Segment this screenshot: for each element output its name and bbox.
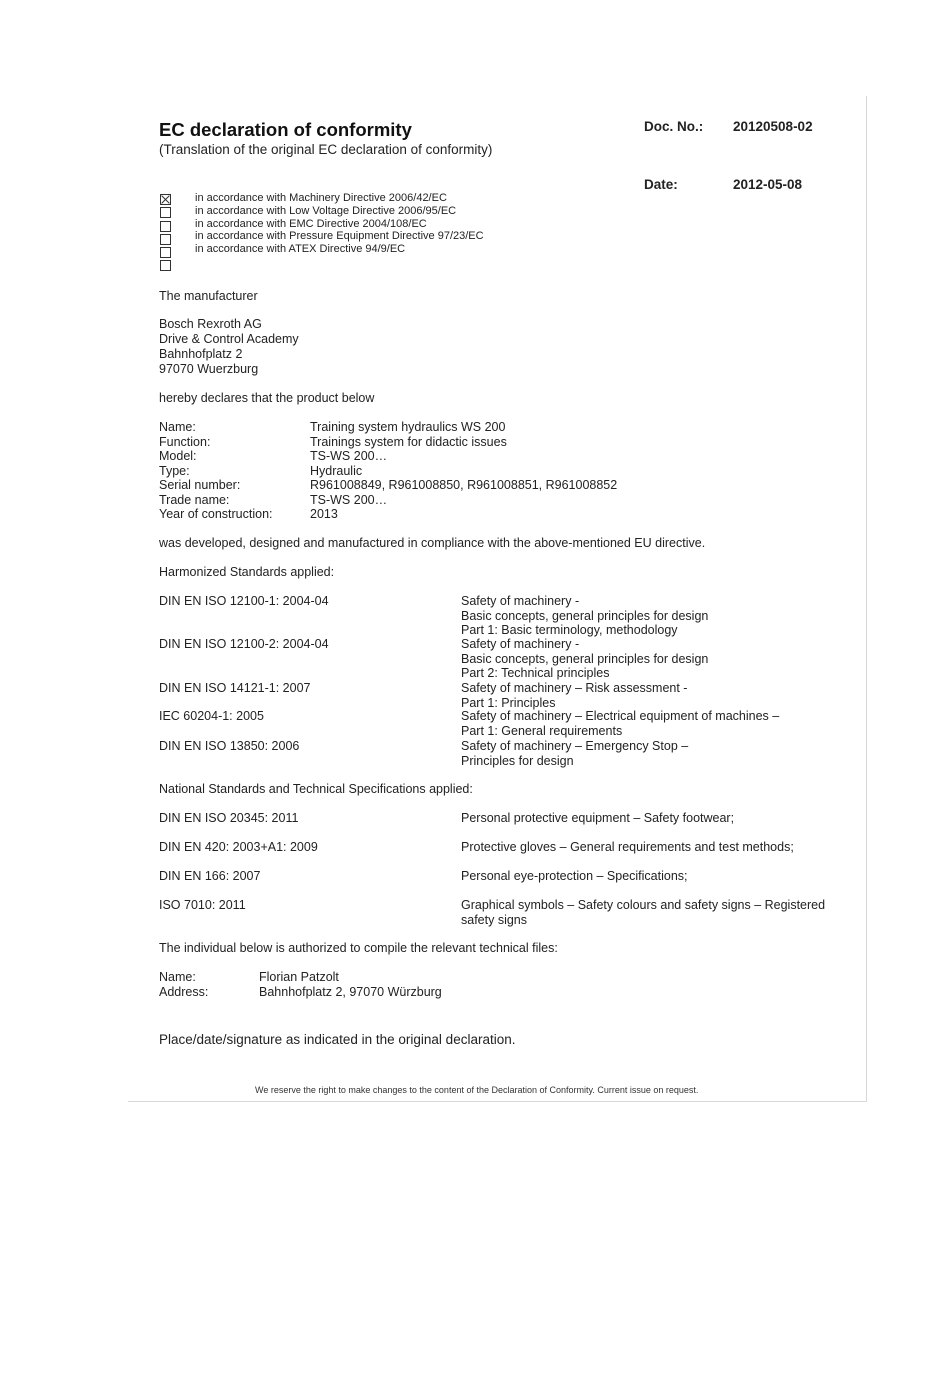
authorized-intro: The individual below is authorized to co… [159,941,558,956]
doc-no-label: Doc. No.: [644,119,703,134]
harmonized-heading: Harmonized Standards applied: [159,565,334,580]
harmonized-desc: Safety of machinery – Emergency Stop – P… [461,739,688,768]
harmonized-code: DIN EN ISO 14121-1: 2007 [159,681,310,695]
authorized-name-label: Name: [159,970,196,985]
desc-line: Part 1: Principles [461,696,687,711]
declares-text: hereby declares that the product below [159,391,374,406]
manufacturer-line: Bosch Rexroth AG [159,317,299,332]
harmonized-desc: Safety of machinery - Basic concepts, ge… [461,594,708,638]
desc-line: Safety of machinery - [461,637,708,652]
product-label: Function: [159,435,273,450]
manufacturer-line: 97070 Wuerzburg [159,362,299,377]
product-value: TS-WS 200… [310,449,617,464]
compliance-text: was developed, designed and manufactured… [159,536,705,551]
product-label: Year of construction: [159,507,273,522]
desc-line: Part 1: Basic terminology, methodology [461,623,708,638]
document-subtitle: (Translation of the original EC declarat… [159,142,492,157]
desc-line: Safety of machinery – Risk assessment - [461,681,687,696]
product-label: Name: [159,420,273,435]
national-code: ISO 7010: 2011 [159,898,246,912]
harmonized-code: DIN EN ISO 12100-2: 2004-04 [159,637,329,651]
desc-line: safety signs [461,913,825,928]
authorized-address-value: Bahnhofplatz 2, 97070 Würzburg [259,985,442,1000]
directive-checkbox-3[interactable] [160,234,171,245]
desc-line: Part 1: General requirements [461,724,779,739]
product-values: Training system hydraulics WS 200 Traini… [310,420,617,522]
desc-line: Part 2: Technical principles [461,666,708,681]
manufacturer-intro: The manufacturer [159,289,258,304]
product-label: Trade name: [159,493,273,508]
directive-checkbox-2[interactable] [160,221,171,232]
harmonized-desc: Safety of machinery – Risk assessment - … [461,681,687,710]
national-desc: Protective gloves – General requirements… [461,840,794,855]
date-value: 2012-05-08 [733,177,802,192]
desc-line: Principles for design [461,754,688,769]
directive-checkbox-4[interactable] [160,247,171,258]
directive-checkboxes [160,194,171,274]
desc-line: Basic concepts, general principles for d… [461,609,708,624]
product-value: 2013 [310,507,617,522]
harmonized-desc: Safety of machinery – Electrical equipme… [461,709,779,738]
signature-note: Place/date/signature as indicated in the… [159,1032,515,1047]
page-border-bottom [128,1101,867,1102]
product-labels: Name: Function: Model: Type: Serial numb… [159,420,273,522]
directive-label: in accordance with Low Voltage Directive… [195,205,484,218]
product-value: Training system hydraulics WS 200 [310,420,617,435]
manufacturer-address: Bosch Rexroth AG Drive & Control Academy… [159,317,299,377]
desc-line: Graphical symbols – Safety colours and s… [461,898,825,913]
national-code: DIN EN 166: 2007 [159,869,260,883]
product-label: Model: [159,449,273,464]
product-label: Type: [159,464,273,479]
directive-list: in accordance with Machinery Directive 2… [195,192,484,256]
national-code: DIN EN 420: 2003+A1: 2009 [159,840,318,854]
directive-checkbox-5[interactable] [160,260,171,271]
product-value: Trainings system for didactic issues [310,435,617,450]
document-title: EC declaration of conformity [159,119,412,141]
harmonized-code: DIN EN ISO 12100-1: 2004-04 [159,594,329,608]
date-label: Date: [644,177,678,192]
desc-line: Safety of machinery - [461,594,708,609]
national-desc: Personal eye-protection – Specifications… [461,869,688,884]
national-heading: National Standards and Technical Specifi… [159,782,473,797]
page-border-right [866,96,867,1102]
harmonized-desc: Safety of machinery - Basic concepts, ge… [461,637,708,681]
manufacturer-line: Drive & Control Academy [159,332,299,347]
product-value: Hydraulic [310,464,617,479]
product-value: TS-WS 200… [310,493,617,508]
product-label: Serial number: [159,478,273,493]
national-desc: Personal protective equipment – Safety f… [461,811,734,826]
footer-note: We reserve the right to make changes to … [255,1085,698,1095]
harmonized-code: DIN EN ISO 13850: 2006 [159,739,299,753]
product-value: R961008849, R961008850, R961008851, R961… [310,478,617,493]
authorized-name-value: Florian Patzolt [259,970,339,985]
desc-line: Basic concepts, general principles for d… [461,652,708,667]
desc-line: Safety of machinery – Emergency Stop – [461,739,688,754]
desc-line: Safety of machinery – Electrical equipme… [461,709,779,724]
national-code: DIN EN ISO 20345: 2011 [159,811,298,825]
doc-no-value: 20120508-02 [733,119,813,134]
directive-label: in accordance with EMC Directive 2004/10… [195,218,484,231]
authorized-address-label: Address: [159,985,208,1000]
directive-label: in accordance with Pressure Equipment Di… [195,230,484,243]
harmonized-code: IEC 60204-1: 2005 [159,709,264,723]
national-desc: Graphical symbols – Safety colours and s… [461,898,825,927]
directive-checkbox-0[interactable] [160,194,171,205]
directive-label: in accordance with Machinery Directive 2… [195,192,484,205]
directive-checkbox-1[interactable] [160,207,171,218]
manufacturer-line: Bahnhofplatz 2 [159,347,299,362]
directive-label: in accordance with ATEX Directive 94/9/E… [195,243,484,256]
